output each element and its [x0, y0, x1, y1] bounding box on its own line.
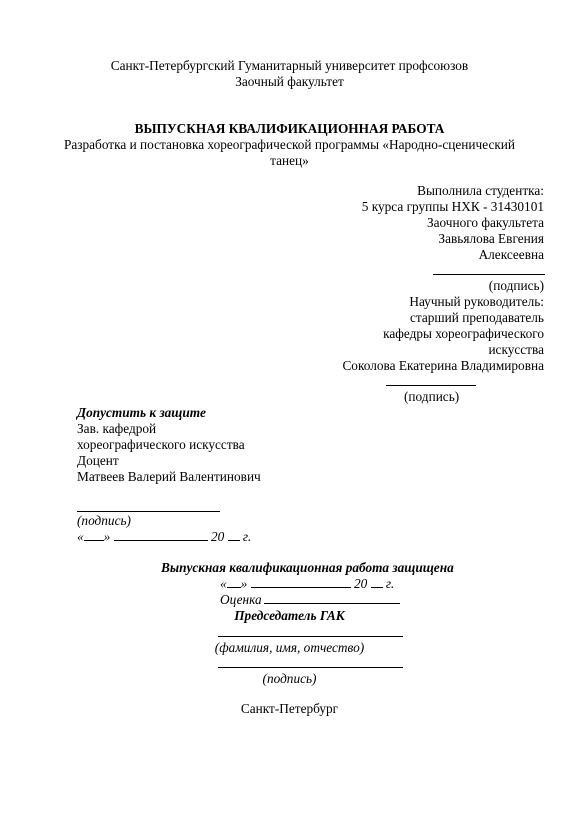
supervisor-name: Соколова Екатерина Владимировна [342, 358, 544, 374]
student-name-line-2: Алексеевна [479, 247, 544, 263]
admission-heading: Допустить к защите [77, 405, 206, 421]
defense-year-blank [371, 576, 383, 588]
admission-signature-line [77, 511, 220, 512]
student-signature-line [433, 274, 545, 275]
supervisor-department-line-2: искусства [488, 342, 544, 358]
defense-year-prefix: 20 [354, 576, 367, 591]
date-open-quote: « [220, 576, 227, 591]
admission-position-line-2: хореографического искусства [77, 437, 245, 453]
topic-line-1: Разработка и постановка хореографической… [0, 137, 579, 153]
admission-title: Доцент [77, 453, 119, 469]
defense-date-field: «» 20 г. [220, 576, 394, 592]
defense-year-suffix: г. [386, 576, 394, 591]
student-label: Выполнила студентка: [417, 183, 544, 199]
defense-day-blank [227, 576, 241, 588]
admission-position-line-1: Зав. кафедрой [77, 421, 156, 437]
student-group: 5 курса группы НХК - 31430101 [362, 199, 544, 215]
date-open-quote: « [77, 529, 84, 544]
grade-field: Оценка [220, 592, 400, 608]
faculty-name: Заочный факультет [0, 74, 579, 90]
university-name: Санкт-Петербургский Гуманитарный универс… [0, 58, 579, 74]
admission-day-blank [84, 529, 104, 541]
supervisor-label: Научный руководитель: [409, 294, 544, 310]
admission-year-prefix: 20 [211, 529, 224, 544]
supervisor-signature-label: (подпись) [404, 389, 459, 405]
chair-fio-label: (фамилия, имя, отчество) [0, 640, 579, 656]
chair-signature-label: (подпись) [0, 671, 579, 687]
admission-year-blank [228, 529, 240, 541]
student-name-line-1: Завьялова Евгения [438, 231, 544, 247]
admission-date-field: «» 20 г. [77, 529, 251, 545]
grade-blank [264, 592, 400, 604]
date-close-quote: » [104, 529, 111, 544]
defense-month-blank [251, 576, 351, 588]
chair-fio-line [218, 636, 403, 637]
topic-line-2: танец» [0, 153, 579, 169]
defense-heading: Выпускная квалификационная работа защище… [161, 560, 454, 576]
chair-label: Председатель ГАК [0, 608, 579, 624]
admission-month-blank [114, 529, 208, 541]
student-signature-label: (подпись) [489, 278, 544, 294]
student-faculty: Заочного факультета [427, 215, 544, 231]
supervisor-position: старший преподаватель [410, 310, 544, 326]
supervisor-department-line-1: кафедры хореографического [383, 326, 544, 342]
admission-name: Матвеев Валерий Валентинович [77, 469, 261, 485]
city: Санкт-Петербург [0, 701, 579, 717]
grade-label: Оценка [220, 592, 262, 607]
chair-signature-line [218, 667, 403, 668]
admission-year-suffix: г. [243, 529, 251, 544]
supervisor-signature-line [386, 385, 476, 386]
document-title: ВЫПУСКНАЯ КВАЛИФИКАЦИОННАЯ РАБОТА [0, 121, 579, 137]
date-close-quote: » [241, 576, 248, 591]
admission-signature-label: (подпись) [77, 513, 131, 529]
